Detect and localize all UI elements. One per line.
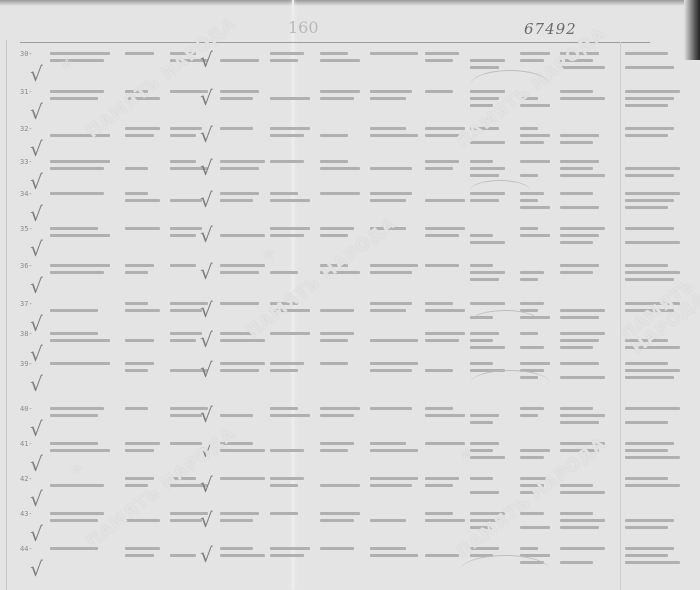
typewritten-text (520, 414, 538, 417)
header-rule (20, 42, 650, 43)
typewritten-text (370, 449, 418, 452)
typewritten-text (220, 362, 265, 365)
typewritten-text (520, 302, 544, 305)
typewritten-text (470, 477, 493, 480)
typewritten-text (520, 362, 550, 365)
typewritten-text (320, 512, 360, 515)
typewritten-text (320, 547, 354, 550)
typewritten-text (125, 199, 160, 202)
typewritten-text (50, 160, 110, 163)
typewritten-text (625, 127, 674, 130)
pencil-stroke (460, 555, 550, 586)
pencil-stroke (470, 310, 540, 335)
typewritten-text (625, 519, 674, 522)
typewritten-text (560, 134, 599, 137)
check-mark-icon: √ (30, 454, 43, 474)
typewritten-text (520, 278, 538, 281)
typewritten-text (270, 52, 304, 55)
typewritten-text (170, 309, 202, 312)
typewritten-text (625, 66, 674, 69)
check-mark-icon: √ (200, 510, 213, 530)
row-number: 43- (20, 510, 33, 518)
typewritten-text (470, 339, 493, 342)
typewritten-text (560, 234, 599, 237)
check-mark-icon: √ (30, 102, 43, 122)
row-number: 39- (20, 360, 33, 368)
typewritten-text (125, 362, 154, 365)
typewritten-text (560, 362, 599, 365)
typewritten-text (520, 271, 544, 274)
typewritten-text (520, 227, 538, 230)
typewritten-text (470, 456, 505, 459)
typewritten-text (425, 52, 459, 55)
check-mark-icon: √ (200, 300, 213, 320)
typewritten-text (470, 302, 505, 305)
typewritten-text (625, 227, 674, 230)
typewritten-text (560, 174, 605, 177)
typewritten-text (220, 127, 253, 130)
typewritten-text (270, 199, 310, 202)
typewritten-text (625, 271, 680, 274)
check-mark-icon: √ (200, 225, 213, 245)
typewritten-text (560, 271, 593, 274)
typewritten-text (425, 59, 453, 62)
typewritten-text (50, 484, 104, 487)
typewritten-text (125, 52, 154, 55)
typewritten-text (370, 97, 406, 100)
typewritten-text (560, 561, 593, 564)
typewritten-text (370, 127, 406, 130)
typewritten-text (370, 309, 406, 312)
document-page: 160 67492 30-√√31-√√32-√√33-√√34-√√35-√√… (0, 0, 700, 590)
typewritten-text (320, 414, 354, 417)
watermark: ПАМЯТЬ НАРОДА (84, 425, 239, 551)
typewritten-text (625, 362, 668, 365)
typewritten-text (425, 339, 459, 342)
typewritten-text (170, 414, 202, 417)
typewritten-text (125, 547, 160, 550)
typewritten-text (625, 554, 668, 557)
typewritten-text (470, 174, 499, 177)
typewritten-text (470, 491, 499, 494)
star-icon: ✯ (262, 240, 275, 265)
typewritten-text (470, 346, 505, 349)
typewritten-text (50, 52, 110, 55)
typewritten-text (320, 160, 348, 163)
watermark: ПАМЯТЬ НАРОДА (454, 435, 609, 561)
check-mark-icon: √ (30, 489, 43, 509)
row-number: 32- (20, 125, 33, 133)
typewritten-text (425, 442, 465, 445)
typewritten-text (625, 278, 674, 281)
typewritten-text (170, 264, 196, 267)
typewritten-text (270, 477, 304, 480)
row-number: 41- (20, 440, 33, 448)
typewritten-text (220, 234, 265, 237)
typewritten-text (625, 264, 668, 267)
typewritten-text (270, 369, 298, 372)
typewritten-text (220, 547, 253, 550)
check-mark-icon: √ (200, 330, 213, 350)
typewritten-text (520, 346, 544, 349)
typewritten-text (470, 167, 505, 170)
typewritten-text (50, 309, 98, 312)
typewritten-text (425, 234, 459, 237)
typewritten-text (125, 339, 154, 342)
star-icon: ✯ (60, 50, 73, 75)
typewritten-text (320, 332, 354, 335)
check-mark-icon: √ (200, 125, 213, 145)
typewritten-text (270, 127, 310, 130)
typewritten-text (560, 206, 599, 209)
typewritten-text (170, 442, 202, 445)
typewritten-text (125, 477, 154, 480)
typewritten-text (220, 519, 253, 522)
typewritten-text (520, 456, 544, 459)
typewritten-text (50, 97, 98, 100)
typewritten-text (470, 234, 493, 237)
typewritten-text (125, 264, 154, 267)
typewritten-text (560, 97, 605, 100)
check-mark-icon: √ (30, 276, 43, 296)
typewritten-text (370, 519, 406, 522)
typewritten-text (170, 234, 196, 237)
typewritten-text (320, 90, 360, 93)
typewritten-text (370, 442, 406, 445)
typewritten-text (425, 309, 465, 312)
star-icon: ✯ (70, 455, 83, 480)
typewritten-text (220, 477, 265, 480)
scan-corner-shadow (684, 0, 700, 60)
typewritten-text (50, 414, 98, 417)
typewritten-text (125, 442, 160, 445)
typewritten-text (520, 526, 550, 529)
typewritten-text (125, 554, 154, 557)
typewritten-text (520, 547, 538, 550)
typewritten-text (560, 491, 605, 494)
typewritten-text (320, 362, 348, 365)
typewritten-text (370, 167, 412, 170)
typewritten-text (270, 547, 310, 550)
typewritten-text (425, 554, 459, 557)
typewritten-text (370, 134, 418, 137)
row-number: 40- (20, 405, 33, 413)
typewritten-text (425, 160, 459, 163)
typewritten-text (625, 206, 668, 209)
typewritten-text (370, 484, 412, 487)
typewritten-text (320, 407, 360, 410)
typewritten-text (560, 227, 605, 230)
row-number: 31- (20, 88, 33, 96)
typewritten-text (470, 278, 499, 281)
watermark: ПАМЯТЬ НАРОДА (84, 15, 239, 141)
typewritten-text (370, 339, 418, 342)
typewritten-text (520, 134, 550, 137)
check-mark-icon: √ (30, 139, 43, 159)
handwritten-archive-number: 67492 (524, 20, 577, 38)
typewritten-text (320, 234, 348, 237)
typewritten-text (425, 477, 459, 480)
typewritten-text (370, 362, 418, 365)
typewritten-text (220, 264, 265, 267)
typewritten-text (520, 449, 550, 452)
typewritten-text (560, 192, 593, 195)
typewritten-text (125, 407, 148, 410)
typewritten-text (270, 160, 304, 163)
typewritten-text (425, 484, 453, 487)
row-number: 42- (20, 475, 33, 483)
check-mark-icon: √ (30, 419, 43, 439)
typewritten-text (125, 271, 148, 274)
typewritten-text (125, 369, 148, 372)
scan-edge-shadow (0, 0, 700, 6)
typewritten-text (50, 167, 104, 170)
check-mark-icon: √ (30, 239, 43, 259)
typewritten-text (370, 199, 406, 202)
typewritten-text (125, 449, 154, 452)
typewritten-text (520, 141, 544, 144)
typewritten-text (625, 174, 674, 177)
typewritten-text (560, 90, 593, 93)
typewritten-text (625, 369, 680, 372)
typewritten-text (560, 547, 605, 550)
typewritten-text (320, 192, 360, 195)
typewritten-text (425, 264, 459, 267)
check-mark-icon: √ (30, 172, 43, 192)
typewritten-text (270, 59, 298, 62)
typewritten-text (125, 309, 160, 312)
typewritten-text (320, 52, 348, 55)
typewritten-text (470, 271, 505, 274)
pencil-stroke (470, 70, 550, 101)
typewritten-text (370, 52, 418, 55)
typewritten-text (560, 421, 599, 424)
typewritten-text (625, 52, 668, 55)
typewritten-text (625, 241, 680, 244)
typewritten-text (220, 90, 259, 93)
typewritten-text (270, 512, 298, 515)
row-number: 36- (20, 262, 33, 270)
typewritten-text (220, 302, 259, 305)
check-mark-icon: √ (200, 545, 213, 565)
typewritten-text (625, 167, 680, 170)
typewritten-text (320, 339, 348, 342)
typewritten-text (220, 414, 253, 417)
check-mark-icon: √ (200, 190, 213, 210)
typewritten-text (625, 456, 680, 459)
typewritten-text (520, 59, 544, 62)
typewritten-text (270, 271, 298, 274)
typewritten-text (470, 241, 505, 244)
typewritten-text (625, 561, 680, 564)
typewritten-text (560, 376, 605, 379)
typewritten-text (125, 127, 160, 130)
star-icon: ✯ (460, 440, 473, 465)
typewritten-text (50, 227, 98, 230)
typewritten-text (170, 339, 196, 342)
typewritten-text (320, 59, 360, 62)
typewritten-text (220, 167, 259, 170)
typewritten-text (270, 227, 310, 230)
check-mark-icon: √ (30, 559, 43, 579)
typewritten-text (425, 407, 453, 410)
typewritten-text (560, 264, 599, 267)
typewritten-text (425, 199, 465, 202)
typewritten-text (50, 264, 110, 267)
typewritten-text (170, 199, 202, 202)
typewritten-text (220, 369, 259, 372)
typewritten-text (125, 167, 148, 170)
check-mark-icon: √ (200, 88, 213, 108)
typewritten-text (425, 227, 465, 230)
typewritten-text (625, 97, 674, 100)
row-number: 38- (20, 330, 33, 338)
typewritten-text (470, 421, 493, 424)
typewritten-text (560, 512, 593, 515)
typewritten-text (425, 332, 465, 335)
typewritten-text (125, 227, 160, 230)
row-number: 34- (20, 190, 33, 198)
typewritten-text (370, 192, 412, 195)
typewritten-text (470, 59, 505, 62)
typewritten-text (520, 174, 538, 177)
typewritten-text (470, 362, 493, 365)
typewritten-text (560, 414, 605, 417)
typewritten-text (50, 271, 104, 274)
typewritten-text (470, 449, 493, 452)
typewritten-text (560, 309, 605, 312)
check-mark-icon: √ (200, 405, 213, 425)
typewritten-text (220, 512, 259, 515)
typewritten-text (50, 519, 98, 522)
typewritten-text (270, 332, 310, 335)
typewritten-text (50, 442, 98, 445)
typewritten-text (625, 134, 668, 137)
typewritten-text (170, 134, 196, 137)
typewritten-text (50, 234, 110, 237)
typewritten-text (625, 199, 674, 202)
typewritten-text (560, 519, 605, 522)
row-number: 44- (20, 545, 33, 553)
typewritten-text (220, 59, 259, 62)
typewritten-text (125, 134, 154, 137)
typewritten-text (625, 477, 668, 480)
typewritten-text (370, 554, 418, 557)
typewritten-text (560, 332, 605, 335)
typewritten-text (270, 234, 304, 237)
typewritten-text (560, 346, 593, 349)
typewritten-text (50, 407, 104, 410)
typewritten-text (425, 414, 465, 417)
typewritten-text (370, 264, 418, 267)
typewritten-text (520, 160, 550, 163)
typewritten-text (425, 512, 453, 515)
typewritten-text (50, 362, 110, 365)
handwritten-sheet-number: 160 (288, 18, 319, 37)
typewritten-text (50, 339, 110, 342)
typewritten-text (220, 192, 259, 195)
typewritten-text (425, 127, 465, 130)
typewritten-text (270, 449, 304, 452)
typewritten-text (520, 407, 544, 410)
typewritten-text (520, 52, 550, 55)
typewritten-text (560, 241, 593, 244)
typewritten-text (625, 407, 680, 410)
typewritten-text (125, 484, 148, 487)
typewritten-text (320, 484, 360, 487)
typewritten-text (270, 554, 304, 557)
typewritten-text (220, 97, 253, 100)
typewritten-text (220, 160, 265, 163)
typewritten-text (625, 484, 680, 487)
row-number: 30- (20, 50, 33, 58)
typewritten-text (470, 442, 499, 445)
typewritten-text (320, 449, 348, 452)
pencil-stroke (470, 180, 530, 201)
typewritten-text (625, 526, 668, 529)
row-number: 33- (20, 158, 33, 166)
typewritten-text (560, 167, 593, 170)
typewritten-text (220, 271, 259, 274)
check-mark-icon: √ (200, 158, 213, 178)
typewritten-text (560, 407, 593, 410)
typewritten-text (625, 449, 668, 452)
typewritten-text (270, 362, 304, 365)
typewritten-text (270, 414, 310, 417)
check-mark-icon: √ (30, 374, 43, 394)
typewritten-text (270, 97, 310, 100)
typewritten-text (625, 376, 674, 379)
typewritten-text (425, 90, 453, 93)
typewritten-text (520, 234, 550, 237)
check-mark-icon: √ (200, 360, 213, 380)
typewritten-text (425, 302, 453, 305)
row-number: 35- (20, 225, 33, 233)
typewritten-text (320, 167, 360, 170)
typewritten-text (625, 442, 674, 445)
typewritten-text (470, 66, 499, 69)
typewritten-text (370, 302, 412, 305)
typewritten-text (320, 227, 354, 230)
typewritten-text (270, 134, 304, 137)
typewritten-text (125, 192, 148, 195)
typewritten-text (370, 90, 412, 93)
typewritten-text (370, 547, 406, 550)
pencil-stroke (470, 370, 550, 397)
typewritten-text (470, 414, 499, 417)
typewritten-text (520, 206, 550, 209)
typewritten-text (320, 134, 348, 137)
typewritten-text (50, 449, 110, 452)
typewritten-text (470, 160, 493, 163)
column-rule (620, 42, 621, 590)
typewritten-text (625, 421, 668, 424)
typewritten-text (320, 97, 354, 100)
typewritten-text (320, 519, 354, 522)
row-number: 37- (20, 300, 33, 308)
typewritten-text (320, 309, 354, 312)
typewritten-text (220, 199, 253, 202)
typewritten-text (560, 526, 599, 529)
typewritten-text (370, 407, 412, 410)
typewritten-text (125, 302, 148, 305)
typewritten-text (520, 127, 538, 130)
typewritten-text (625, 547, 674, 550)
typewritten-text (220, 554, 265, 557)
typewritten-text (625, 90, 680, 93)
typewritten-text (170, 127, 202, 130)
typewritten-text (270, 484, 298, 487)
